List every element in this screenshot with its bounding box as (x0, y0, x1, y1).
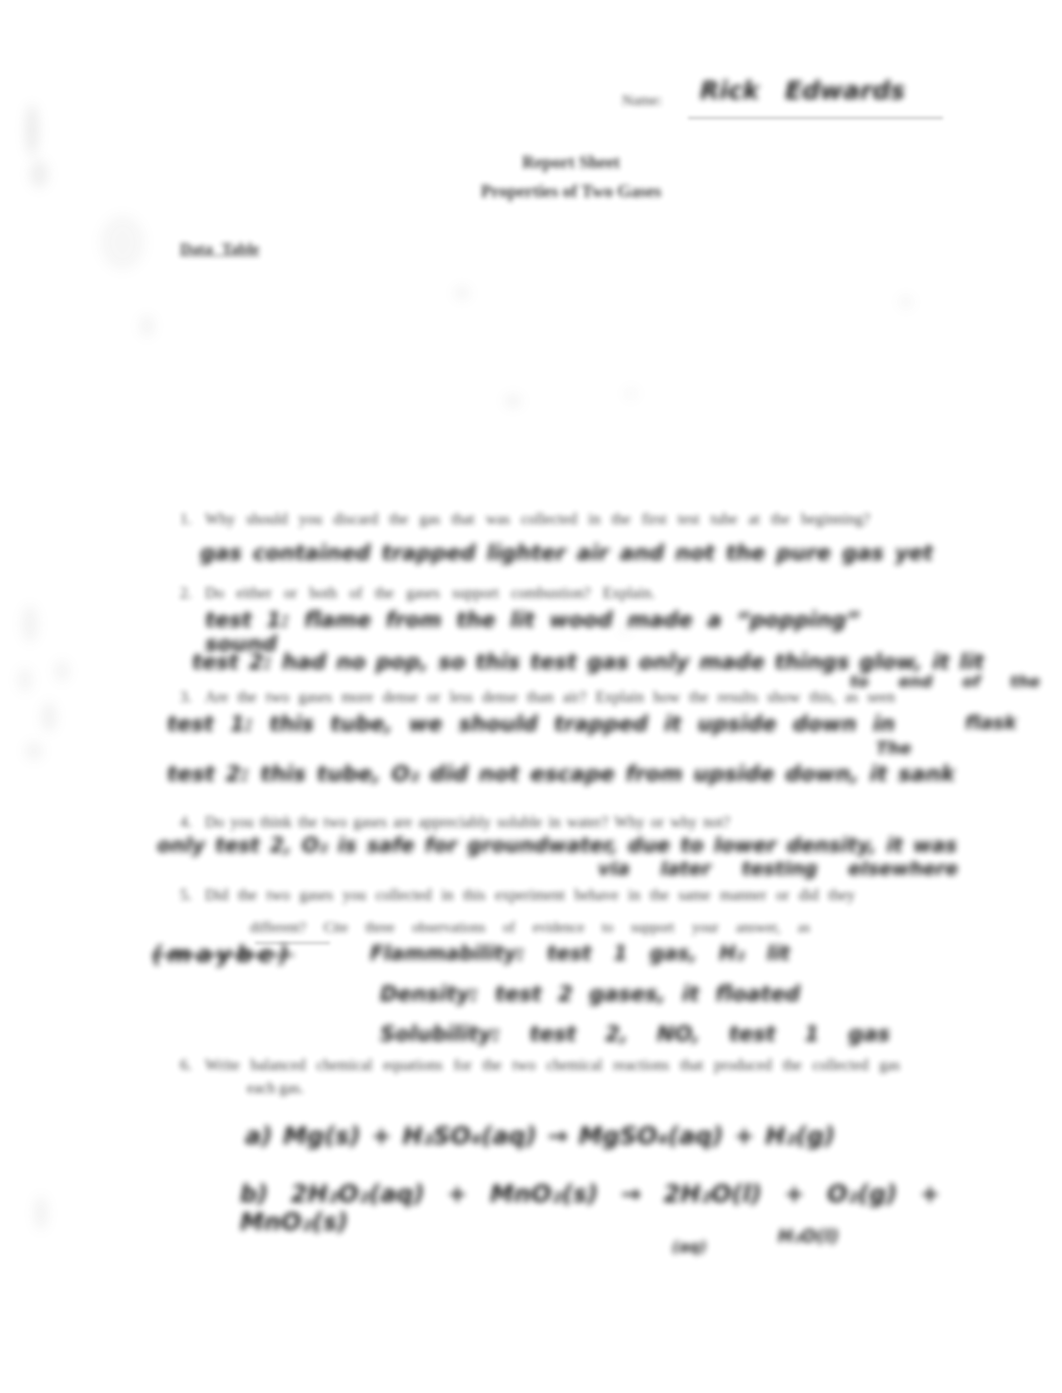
question-5-text-line2: different? Cite three observations of ev… (250, 920, 810, 937)
question-4-handwritten-answer-1: only test 2, O₂ is safe for groundwater,… (157, 833, 957, 857)
name-handwritten-value: Rick Edwards (700, 76, 905, 105)
question-3-handwritten-word-flask: flask (965, 712, 1017, 734)
scan-smudge (35, 1196, 47, 1230)
report-title-line2: Properties of Two Gases (411, 181, 731, 202)
question-1-text: Why should you discard the gas that was … (205, 511, 870, 529)
question-4-number: 4. (180, 814, 192, 832)
question-2-text: Do either or both of the gases support c… (205, 585, 655, 603)
scanned-report-sheet-page: Name: Rick Edwards Report Sheet Properti… (0, 0, 1062, 1393)
scan-smudge (26, 104, 38, 156)
scan-smudge (100, 215, 145, 270)
question-4-text: Do you think the two gases are appreciab… (205, 814, 730, 832)
scan-smudge (55, 660, 69, 682)
scan-smudge (455, 287, 469, 299)
question-2-number: 2. (180, 585, 192, 603)
scan-smudge (505, 395, 521, 407)
scan-smudge (900, 296, 912, 308)
question-2-handwritten-answer-2: test 2: had no pop, so this test gas onl… (192, 650, 984, 674)
question-1-handwritten-answer: gas contained trapped lighter air and no… (200, 541, 933, 565)
question-6-number: 6. (180, 1057, 192, 1075)
scan-smudge (22, 605, 38, 643)
scan-smudge (625, 389, 637, 398)
report-title-line1: Report Sheet (411, 152, 731, 173)
name-underline (688, 117, 943, 119)
question-3-handwritten-answer-2: test 2: this tube, O₂ did not escape fro… (167, 762, 955, 787)
question-5-handwritten-crossed-word: (maybe) (152, 942, 294, 968)
question-6-text-line1: Write balanced chemical equations for th… (205, 1057, 900, 1075)
scan-smudge (18, 668, 32, 692)
question-3-number: 3. (180, 689, 192, 707)
name-label: Name: (622, 93, 662, 110)
question-5-handwritten-answer-3: Solubility: test 2, NO, test 1 gas (380, 1022, 890, 1046)
question-3-handwritten-word-the: The (876, 739, 911, 759)
scan-smudge (30, 160, 48, 188)
question-5-text-line1: Did the two gases you collected in this … (205, 887, 855, 905)
question-4-handwritten-answer-2: via later testing elsewhere (598, 858, 958, 880)
question-1-number: 1. (180, 511, 192, 529)
question-3-handwritten-margin-note: to end of the (850, 672, 1040, 691)
question-3-handwritten-answer-1: test 1: this tube, we should trapped it … (167, 712, 895, 736)
question-5-handwritten-answer-2: Density: test 2 gases, it floated (380, 982, 800, 1006)
question-6-text-line2: each gas. (247, 1080, 304, 1098)
scan-smudge (140, 315, 154, 337)
question-5-number: 5. (180, 887, 192, 905)
equation-a-handwritten: a) Mg(s) + H₂SO₄(aq) → MgSO₄(aq) + H₂(g) (245, 1122, 835, 1150)
question-5-handwritten-answer-1: Flammability: test 1 gas, H₂ lit (370, 941, 790, 965)
equation-b-subscript-note-2: H₂O(l) (778, 1226, 839, 1247)
scan-smudge (25, 742, 43, 760)
equation-b-subscript-note-1: (aq) (672, 1238, 707, 1256)
section-label: Data Table (180, 241, 259, 259)
question-3-text: Are the two gases more dense or less den… (205, 689, 895, 707)
scan-smudge (42, 702, 56, 732)
question-2-handwritten-answer-1: test 1: flame from the lit wood made a “… (205, 608, 860, 656)
